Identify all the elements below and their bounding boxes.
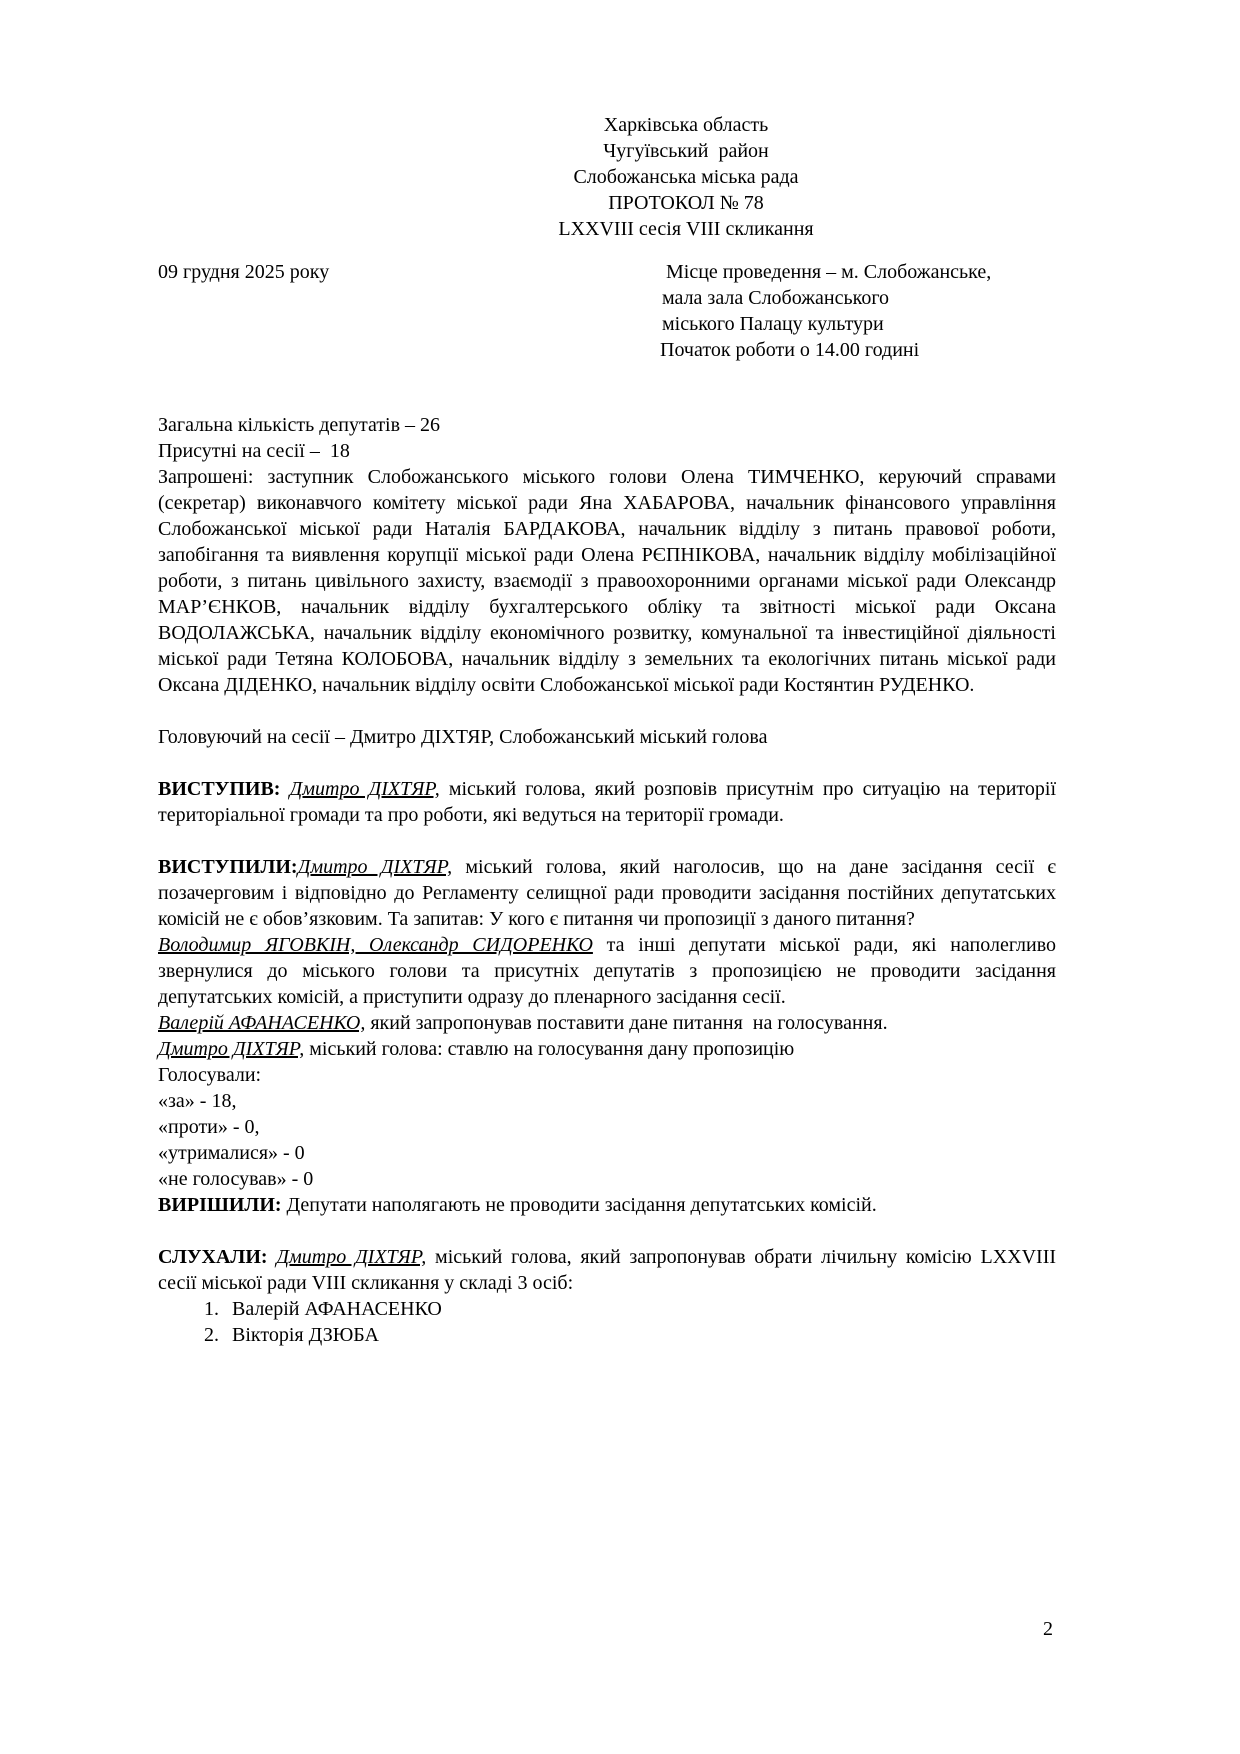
document-body: Загальна кількість депутатів – 26 Присут… xyxy=(158,412,1056,1348)
list-item: Валерій АФАНАСЕНКО xyxy=(224,1296,1056,1322)
section-label: СЛУХАЛИ: xyxy=(158,1246,268,1268)
vote-call-text: міський голова: ставлю на голосування да… xyxy=(304,1038,794,1060)
place-line-2: мала зала Слобожанського xyxy=(662,285,991,311)
list-item: Вікторія ДЗЮБА xyxy=(224,1322,1056,1348)
meeting-location: Місце проведення – м. Слобожанське, мала… xyxy=(662,259,991,363)
vote-for: «за» - 18, xyxy=(158,1088,1056,1114)
vote-against: «проти» - 0, xyxy=(158,1114,1056,1140)
oblast-line: Харківська область xyxy=(132,112,1240,138)
vote-title: Голосували: xyxy=(158,1062,1056,1088)
speaker-name: Валерій АФАНАСЕНКО, xyxy=(158,1012,365,1034)
document-page: Харківська область Чугуївський район Сло… xyxy=(0,0,1240,1754)
proposal-text: який запропонував поставити дане питання… xyxy=(365,1012,887,1034)
vote-abstained: «утрималися» - 0 xyxy=(158,1140,1056,1166)
present-deputies: Присутні на сесії – 18 xyxy=(158,438,1056,464)
start-time: Початок роботи о 14.00 годині xyxy=(660,337,991,363)
section-label: ВИСТУПИЛИ: xyxy=(158,856,298,878)
session-chair: Головуючий на сесії – Дмитро ДІХТЯР, Сло… xyxy=(158,724,1056,750)
decision-label: ВИРІШИЛИ: xyxy=(158,1194,282,1216)
district-line: Чугуївський район xyxy=(132,138,1240,164)
speaker-name: Дмитро ДІХТЯР, xyxy=(158,1038,304,1060)
section-label: ВИСТУПИВ: xyxy=(158,778,280,800)
counting-commission-list: Валерій АФАНАСЕНКО Вікторія ДЗЮБА xyxy=(158,1296,1056,1348)
council-line: Слобожанська міська рада xyxy=(132,164,1240,190)
section-heard: СЛУХАЛИ: Дмитро ДІХТЯР, міський голова, … xyxy=(158,1244,1056,1296)
total-deputies: Загальна кількість депутатів – 26 xyxy=(158,412,1056,438)
vote-proposal: Валерій АФАНАСЕНКО, який запропонував по… xyxy=(158,1010,1056,1036)
session-line: LXXVIII сесія VIII скликання xyxy=(132,216,1240,242)
deputies-proposal: Володимир ЯГОВКІН, Олександр СИДОРЕНКО т… xyxy=(158,932,1056,1010)
decision-text: Депутати наполягають не проводити засіда… xyxy=(282,1194,877,1216)
section-spoke: ВИСТУПИВ: Дмитро ДІХТЯР, міський голова,… xyxy=(158,776,1056,828)
page-number: 2 xyxy=(1043,1616,1053,1642)
speaker-name: Дмитро ДІХТЯР, xyxy=(298,856,453,878)
invited-list: Запрошені: заступник Слобожанського місь… xyxy=(158,464,1056,698)
speaker-name: Дмитро ДІХТЯР, xyxy=(276,1246,426,1268)
speaker-names: Володимир ЯГОВКІН, Олександр СИДОРЕНКО xyxy=(158,934,593,956)
place-line-3: міського Палацу культури xyxy=(662,311,991,337)
meeting-date: 09 грудня 2025 року xyxy=(158,259,329,285)
chair-vote-call: Дмитро ДІХТЯР, міський голова: ставлю на… xyxy=(158,1036,1056,1062)
document-header: Харківська область Чугуївський район Сло… xyxy=(0,112,1240,242)
section-spoke-multiple: ВИСТУПИЛИ:Дмитро ДІХТЯР, міський голова,… xyxy=(158,854,1056,932)
vote-not-voted: «не голосував» - 0 xyxy=(158,1166,1056,1192)
decision: ВИРІШИЛИ: Депутати наполягають не провод… xyxy=(158,1192,1056,1218)
speaker-name: Дмитро ДІХТЯР, xyxy=(290,778,440,800)
protocol-title: ПРОТОКОЛ № 78 xyxy=(132,190,1240,216)
place-line-1: Місце проведення – м. Слобожанське, xyxy=(662,259,991,285)
